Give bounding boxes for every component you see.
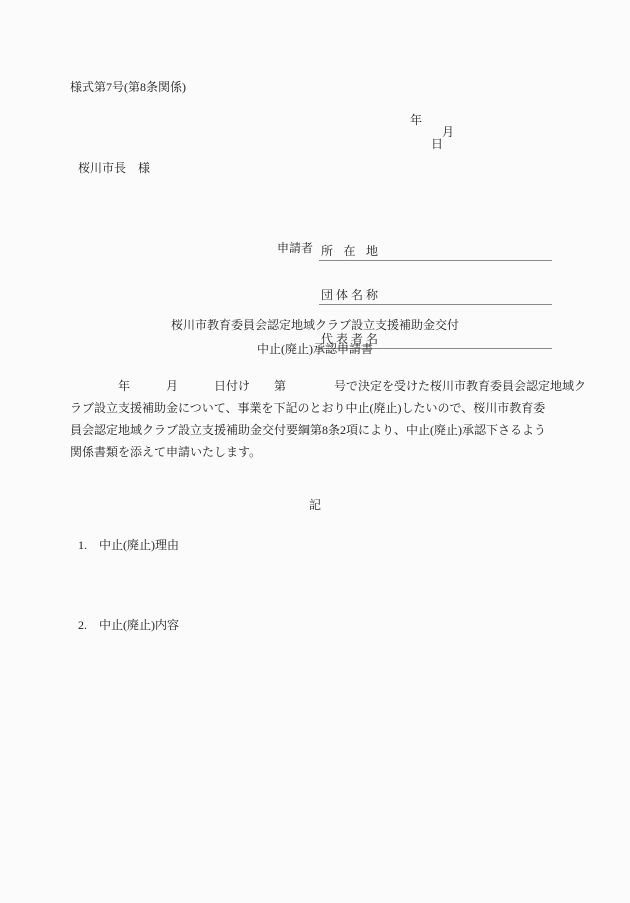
date-month-label: 月: [442, 126, 454, 138]
field-row-organization-name: 団体名称: [319, 285, 552, 305]
date-line: 年 月 日: [398, 102, 454, 162]
date-year-label: 年: [410, 114, 422, 126]
recipient-line: 桜川市長 様: [78, 162, 150, 174]
item-1-cancellation-reason: 1. 中止(廃止)理由: [78, 539, 179, 551]
document-title-line2: 中止(廃止)承認申請書: [0, 343, 630, 355]
applicant-label: 申請者: [277, 242, 313, 254]
document-title-line1: 桜川市教育委員会認定地域クラブ設立支援補助金交付: [0, 319, 630, 331]
item-2-cancellation-details: 2. 中止(廃止)内容: [78, 619, 179, 631]
date-day-label: 日: [431, 138, 443, 150]
form-number: 様式第7号(第8条関係): [70, 81, 186, 93]
field-row-address: 所在地: [319, 241, 552, 261]
body-paragraph: 年 月 日付け 第 号で決定を受けた桜川市教育委員会認定地域ク ラブ設立支援補助…: [70, 375, 586, 463]
ki-heading: 記: [0, 499, 630, 511]
address-field-label: 所在地: [321, 245, 378, 257]
organization-name-field-label: 団体名称: [321, 289, 378, 301]
document-page: 様式第7号(第8条関係) 年 月 日 桜川市長 様 申請者 所在地 団体名称 代…: [0, 0, 630, 903]
